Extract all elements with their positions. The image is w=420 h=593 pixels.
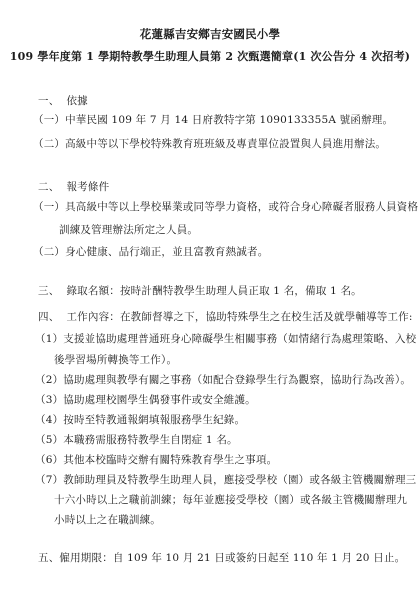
section-4-item-3: （3）協助處理校園學生偶發事件或安全維護。 (35, 393, 256, 407)
section-4-item-7-line-2: 十六小時以上之職前訓練；每年並應接受學校（園）或各級主管機關辦理九 (54, 493, 407, 507)
section-1-heading: 一、 依據 (38, 94, 88, 108)
section-5-heading: 五、僱用期限：自 109 年 10 月 21 日或簽約日起至 110 年 1 月… (38, 551, 405, 565)
section-1-item-2: （二）高級中等以下學校特殊教育班班級及專責單位設置與人員進用辦法。 (33, 137, 386, 151)
section-4-heading: 四、 工作內容：在教師督導之下，協助特殊學生之在校生活及就學輔導等工作: (38, 310, 413, 324)
document-subtitle: 109 學年度第 1 學期特教學生助理人員第 2 次甄選簡章(1 次公告分 4 … (0, 50, 420, 64)
section-4-item-6: （6）其他本校臨時交辦有關特殊教育學生之事項。 (35, 453, 277, 467)
section-3-heading: 三、 錄取名額：按時計酬特教學生助理人員正取 1 名，備取 1 名。 (38, 284, 362, 298)
section-2-item-1-line-2: 訓練及管理辦法所定之人員。 (59, 223, 198, 237)
section-4-item-7-line-3: 小時以上之在職訓練。 (54, 513, 161, 527)
section-4-item-5: （5）本職務需服務特教學生自閉症 1 名。 (35, 433, 238, 447)
section-4-item-1-line-1: （1）支援並協助處理普通班身心障礙學生相關事務（如情緒行為處理策略、入校 (35, 332, 416, 346)
section-2-item-1-line-1: （一）具高級中等以上學校畢業或同等學力資格，或符合身心障礙者服務人員資格 (33, 200, 418, 214)
section-1-item-1: （一）中華民國 109 年 7 月 14 日府教特字第 1090133355A … (33, 113, 393, 127)
section-2-item-2: （二）身心健康、品行端正，並且富教育熱誠者。 (33, 245, 268, 259)
section-2-heading: 二、 報考條件 (38, 180, 109, 194)
section-4-item-1-line-2: 後學習場所轉換等工作）。 (54, 353, 177, 367)
document-title: 花蓮縣吉安鄉吉安國民小學 (0, 27, 420, 41)
document-page: 花蓮縣吉安鄉吉安國民小學 109 學年度第 1 學期特教學生助理人員第 2 次甄… (0, 0, 420, 593)
section-4-item-7-line-1: （7）教師助理員及特教學生助理人員，應接受學校（園）或各級主管機關辦理三 (35, 473, 416, 487)
section-4-item-2: （2）協助處理與教學有關之事務（如配合登錄學生行為觀察，協助行為改善）。 (35, 373, 411, 387)
section-4-item-4: （4）按時至特教通報網填報服務學生紀錄。 (35, 413, 245, 427)
